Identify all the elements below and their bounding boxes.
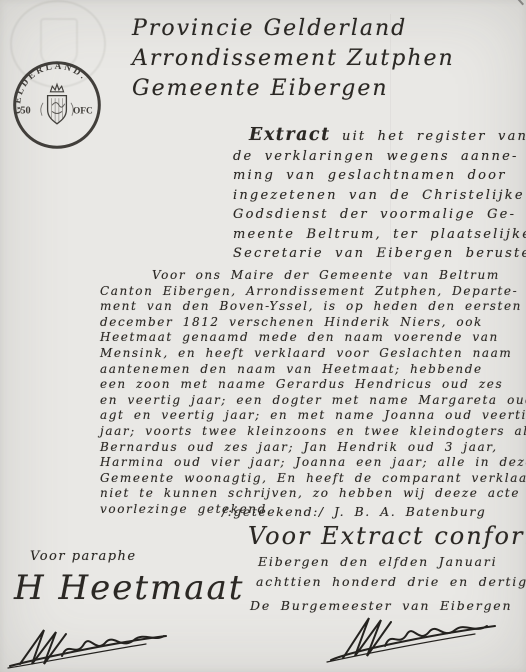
extract-line-7: Secretarie van Eibergen berustende	[233, 244, 526, 264]
body-line: Canton Eibergen, Arrondissement Zutphen,…	[100, 284, 526, 300]
extract-line-3: ming van geslachtnamen door	[233, 166, 526, 186]
conform-place-date-2: achttien honderd drie en dertig	[256, 572, 526, 592]
extract-line-2: de verklaringen wegens aanne-	[233, 147, 526, 167]
heetmaat-signature: H Heetmaat	[14, 568, 244, 608]
extract-line-5: Godsdienst der voormalige Ge-	[233, 205, 526, 225]
body-paragraph: Voor ons Maire der Gemeente van Beltrum …	[100, 268, 526, 518]
header-province: Provincie Gelderland	[132, 14, 455, 44]
body-line: agt en veertig jaar; en met name Joanna …	[100, 408, 526, 424]
body-line: Bernardus oud zes jaar; Jan Hendrik oud …	[100, 440, 526, 456]
stamp-left-text: 50	[20, 105, 30, 116]
conform-place-date-1: Eibergen den elfden Januari	[258, 552, 497, 572]
stamp-shield-icon	[48, 96, 67, 124]
body-line: jaar; voorts twee kleinzoons en twee kle…	[100, 424, 526, 440]
conform-title: Voor Extract conform	[248, 522, 526, 550]
body-line: Harmina oud vier jaar; Joanna een jaar; …	[100, 455, 526, 471]
extract-line-1: Extract uit het register van	[233, 126, 526, 147]
corner-fold-mark	[496, 0, 524, 5]
paraphe-label: Voor paraphe	[30, 549, 137, 564]
body-line: aantenemen den naam van Heetmaat; hebben…	[100, 362, 526, 378]
extract-intro: Extract uit het register van de verklari…	[233, 126, 526, 264]
burgemeester-signature	[325, 612, 500, 664]
document-page: GELDERLAND. 50 OFC Provincie Gelderland …	[0, 0, 526, 672]
gelderland-stamp-icon: GELDERLAND. 50 OFC	[10, 58, 104, 152]
extract-line-4: ingezetenen van de Christelijke	[233, 186, 526, 206]
body-line: niet te kunnen schrijven, zo hebben wij …	[100, 486, 526, 502]
body-line: Gemeente woonagtig, En heeft de comparan…	[100, 471, 526, 487]
gelderland-stamp: GELDERLAND. 50 OFC	[10, 58, 104, 152]
document-header: Provincie Gelderland Arrondissement Zutp…	[132, 14, 455, 104]
body-line: Mensink, en heeft verklaard voor Geslach…	[100, 346, 526, 362]
body-line: een zoon met naame Gerardus Hendricus ou…	[100, 377, 526, 393]
extract-lead-word: Extract	[249, 125, 331, 145]
paraphe-signature-scrawl	[6, 626, 171, 670]
body-line: Voor ons Maire der Gemeente van Beltrum	[100, 268, 526, 284]
extract-line-6: meente Beltrum, ter plaatselijke	[233, 225, 526, 245]
header-arrondissement: Arrondissement Zutphen	[132, 44, 455, 74]
stamp-crown-icon	[50, 84, 63, 92]
body-line: december 1812 verschenen Hinderik Niers,…	[100, 315, 526, 331]
extract-line-1-rest: uit het register van	[342, 129, 526, 144]
stamp-right-text: OFC	[73, 106, 93, 116]
body-line: en veertig jaar; een dogter met name Mar…	[100, 393, 526, 409]
body-line: Heetmaat genaamd mede den naam voerende …	[100, 330, 526, 346]
header-gemeente: Gemeente Eibergen	[132, 74, 455, 104]
signed-by-line: /:geteekend:/ J. B. A. Batenburg	[222, 504, 486, 519]
body-line: ment van den Boven-Yssel, is op heden de…	[100, 299, 526, 315]
